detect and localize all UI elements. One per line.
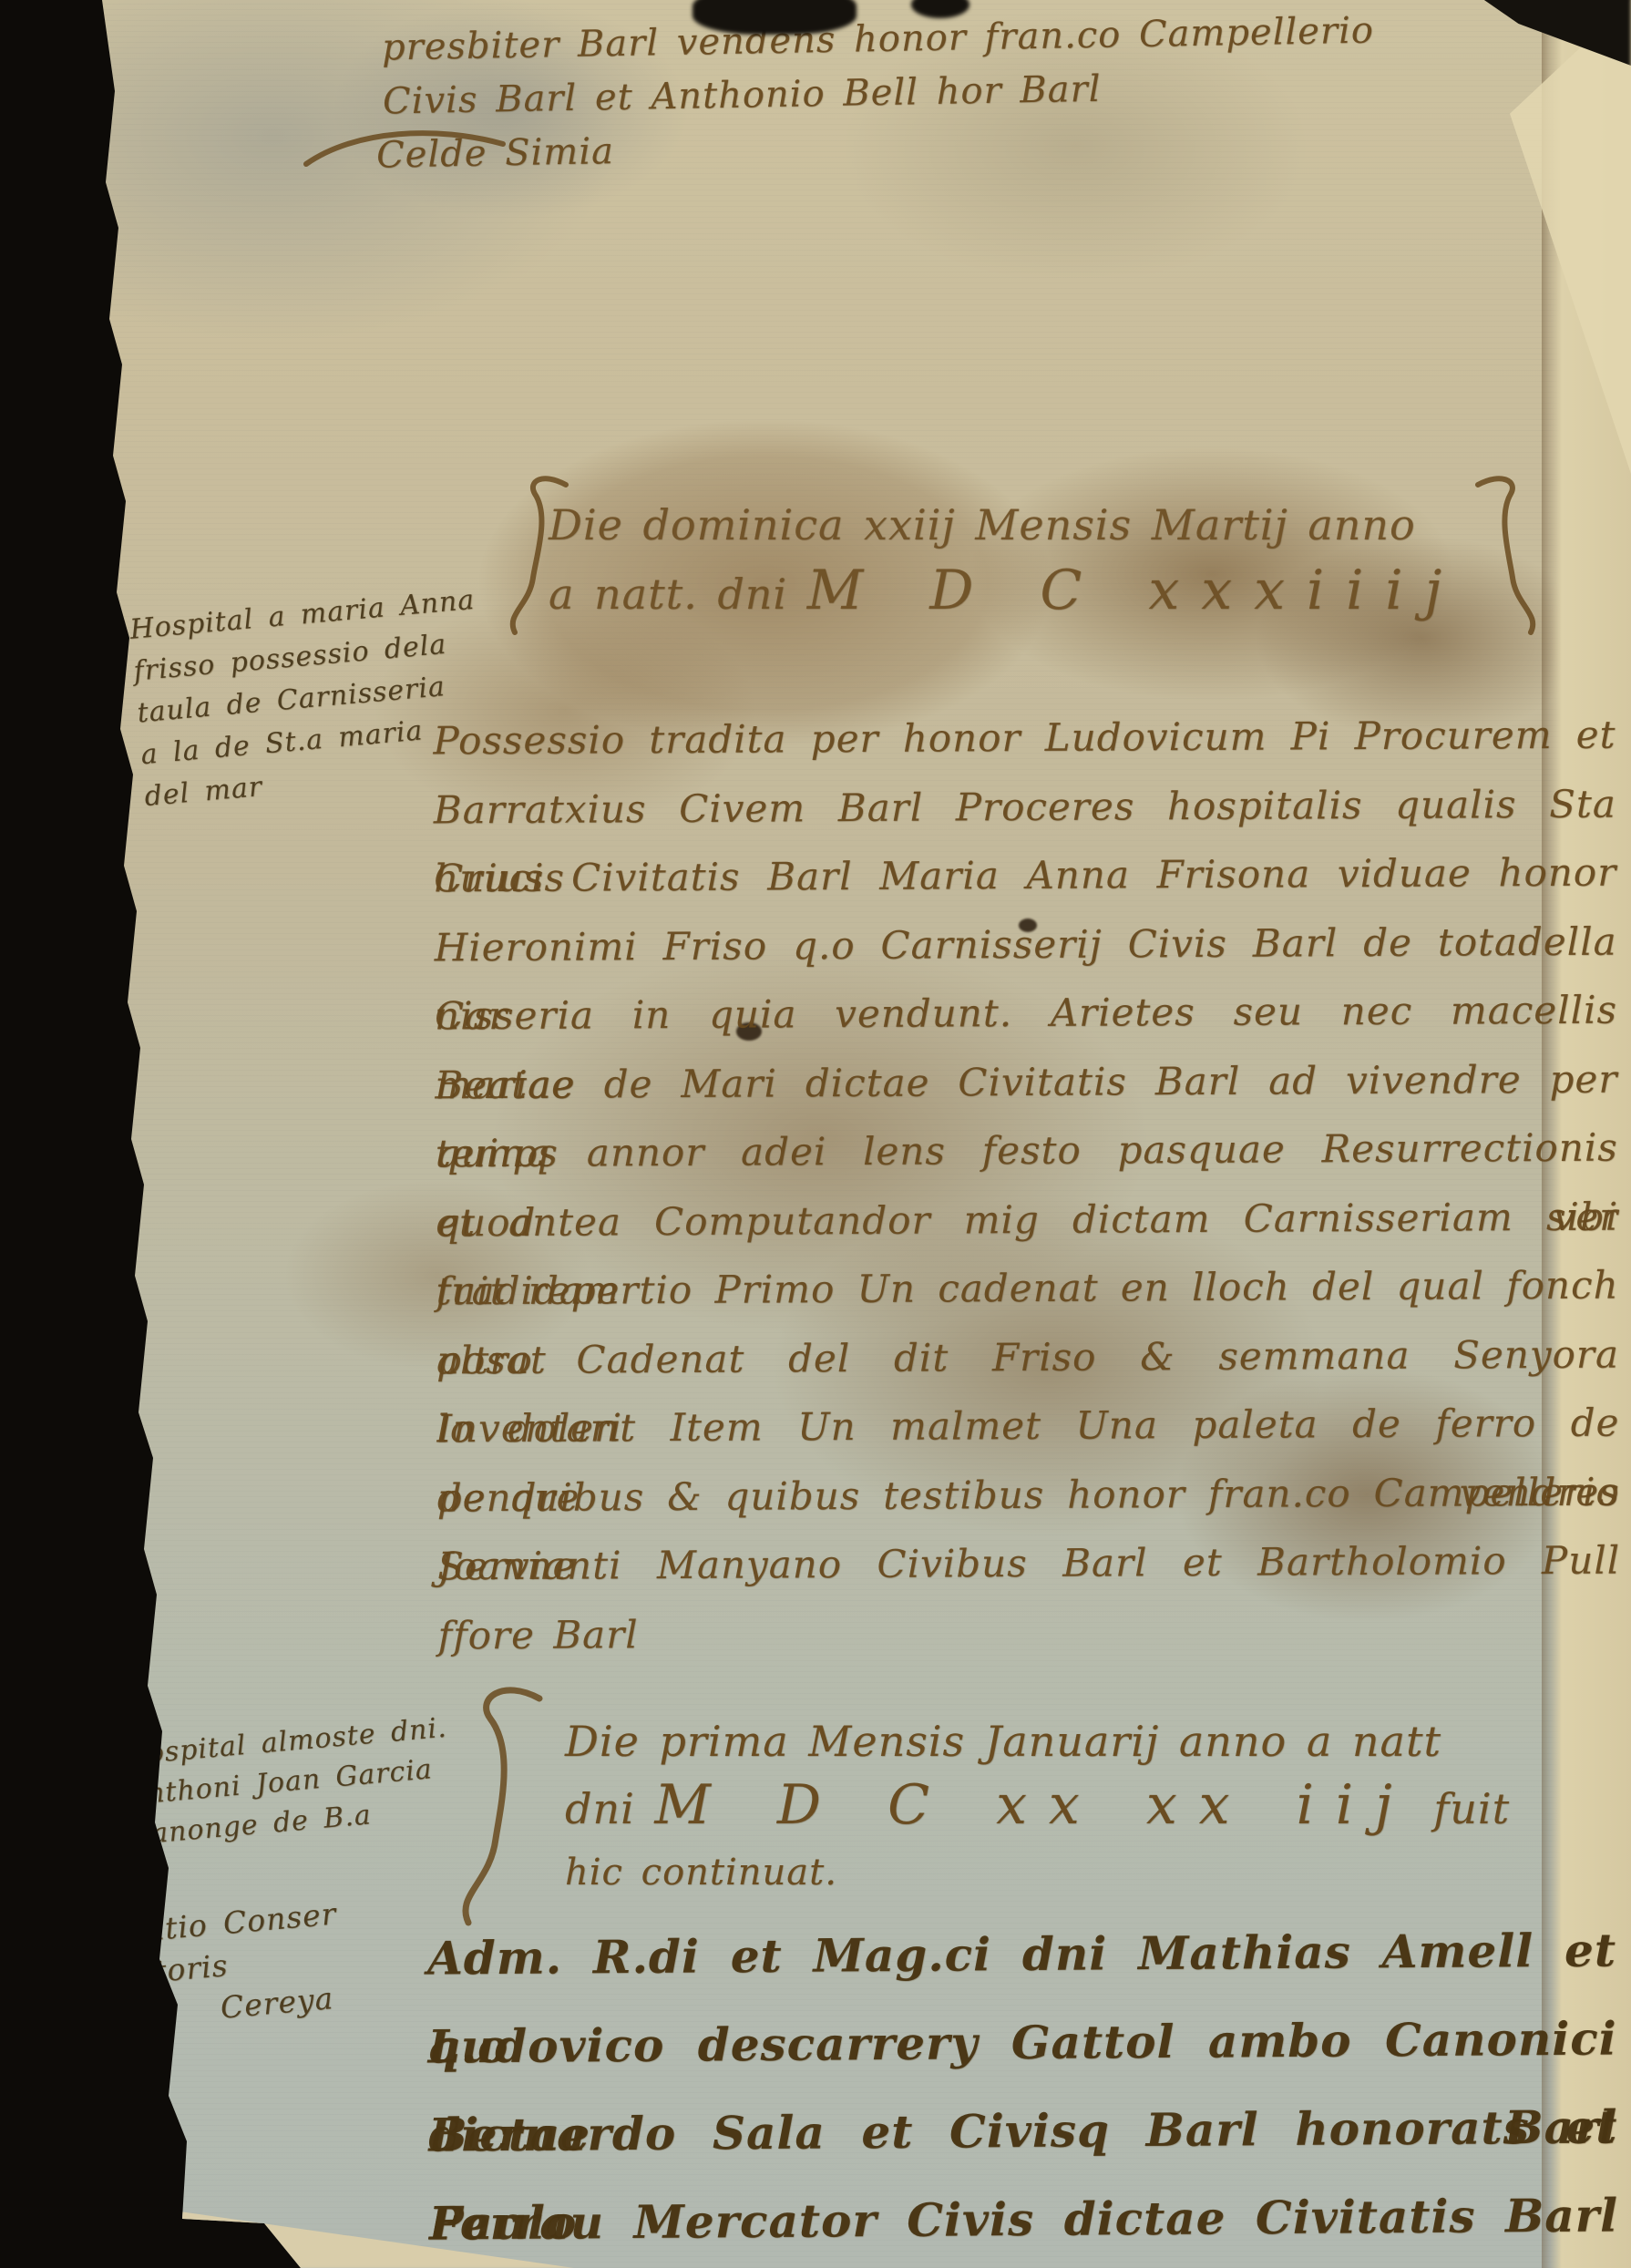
- body-line: Servianti Manyano Civibus Barl et Bartho…: [437, 1526, 1620, 1601]
- heading-text: fuit: [1433, 1784, 1510, 1833]
- body-line: ffore Barl: [437, 1595, 1620, 1669]
- flourish-bracket-left: [448, 1686, 558, 1932]
- body-line: de quibus & quibus testibus honor fran.c…: [437, 1457, 1620, 1532]
- body-line: Possessio tradita per honor Ludovicum Pi…: [433, 701, 1616, 775]
- heading-line: Die dominica xxiij Mensis Martij anno: [549, 492, 1463, 558]
- manuscript-photo: presbiter Barl vendens honor fran.co Cam…: [0, 0, 1631, 2268]
- body-line: Ferrau Mercator Civis dictae Civitatis B…: [429, 2171, 1619, 2267]
- dark-edge-blob: [692, 0, 857, 35]
- top-note: presbiter Barl vendens honor fran.co Cam…: [382, 5, 1377, 183]
- body-line: nisseria in quia vendunt. Arietes seu ne…: [435, 976, 1617, 1051]
- body-line: Ludovico descarrery Gattol ambo Canonici…: [427, 1994, 1617, 2090]
- heading-text: a natt. dni: [549, 570, 787, 619]
- body-line: huius Civitatis Barl Maria Anna Frisona …: [434, 838, 1616, 913]
- heading-line: Die prima Mensis Januarij anno a natt: [565, 1709, 1510, 1773]
- heading-line: dni M D C xx xx iij fuit: [565, 1773, 1510, 1841]
- flourish-stroke: [301, 120, 510, 175]
- body-line: Adm. R.di et Mag.ci dni Mathias Amell et…: [427, 1905, 1617, 2002]
- date-heading-1: Die dominica xxiij Mensis Martij anno a …: [549, 492, 1463, 627]
- heading-line: hic continuat.: [565, 1841, 1510, 1904]
- heading-text: dni: [565, 1784, 635, 1833]
- body-line: Bernardo Sala et Civisq Barl honorats et…: [428, 2082, 1618, 2179]
- body-paragraph-2: Adm. R.di et Mag.ci dni Mathias Amell et…: [427, 1905, 1619, 2267]
- body-line: lo dolent Item Un malmet Una paleta de f…: [436, 1389, 1619, 1463]
- body-line: Hieronimi Friso q.o Carnisserij Civis Ba…: [434, 907, 1616, 981]
- heading-line: a natt. dni M D C xxxiiij: [549, 558, 1463, 627]
- body-line: fuit repertio Primo Un cadenat en lloch …: [436, 1251, 1618, 1326]
- body-line: quinq annor adei lens festo pasquae Resu…: [436, 1113, 1618, 1188]
- body-line: altro Cadenat del dit Friso & semmana Se…: [436, 1319, 1619, 1394]
- body-line: Barratxius Civem Barl Proceres hospitali…: [434, 769, 1616, 844]
- roman-numerals: M D C xx xx iij: [654, 1773, 1413, 1837]
- body-paragraph-1: Possessio tradita per honor Ludovicum Pi…: [433, 701, 1621, 1670]
- flourish-bracket-right: [1465, 476, 1547, 640]
- margin-note-3: Elutio Conser uatoris Cereya: [109, 1893, 345, 2037]
- date-heading-2: Die prima Mensis Januarij anno a natt dn…: [565, 1709, 1510, 1904]
- roman-numerals: M D C xxxiiij: [807, 559, 1463, 622]
- manuscript-page: presbiter Barl vendens honor fran.co Cam…: [0, 0, 1631, 2268]
- body-line: et antea Computandor mig dictam Carnisse…: [436, 1182, 1618, 1257]
- body-line: mariae de Mari dictae Civitatis Barl ad …: [435, 1044, 1617, 1119]
- flourish-bracket-left: [497, 476, 579, 640]
